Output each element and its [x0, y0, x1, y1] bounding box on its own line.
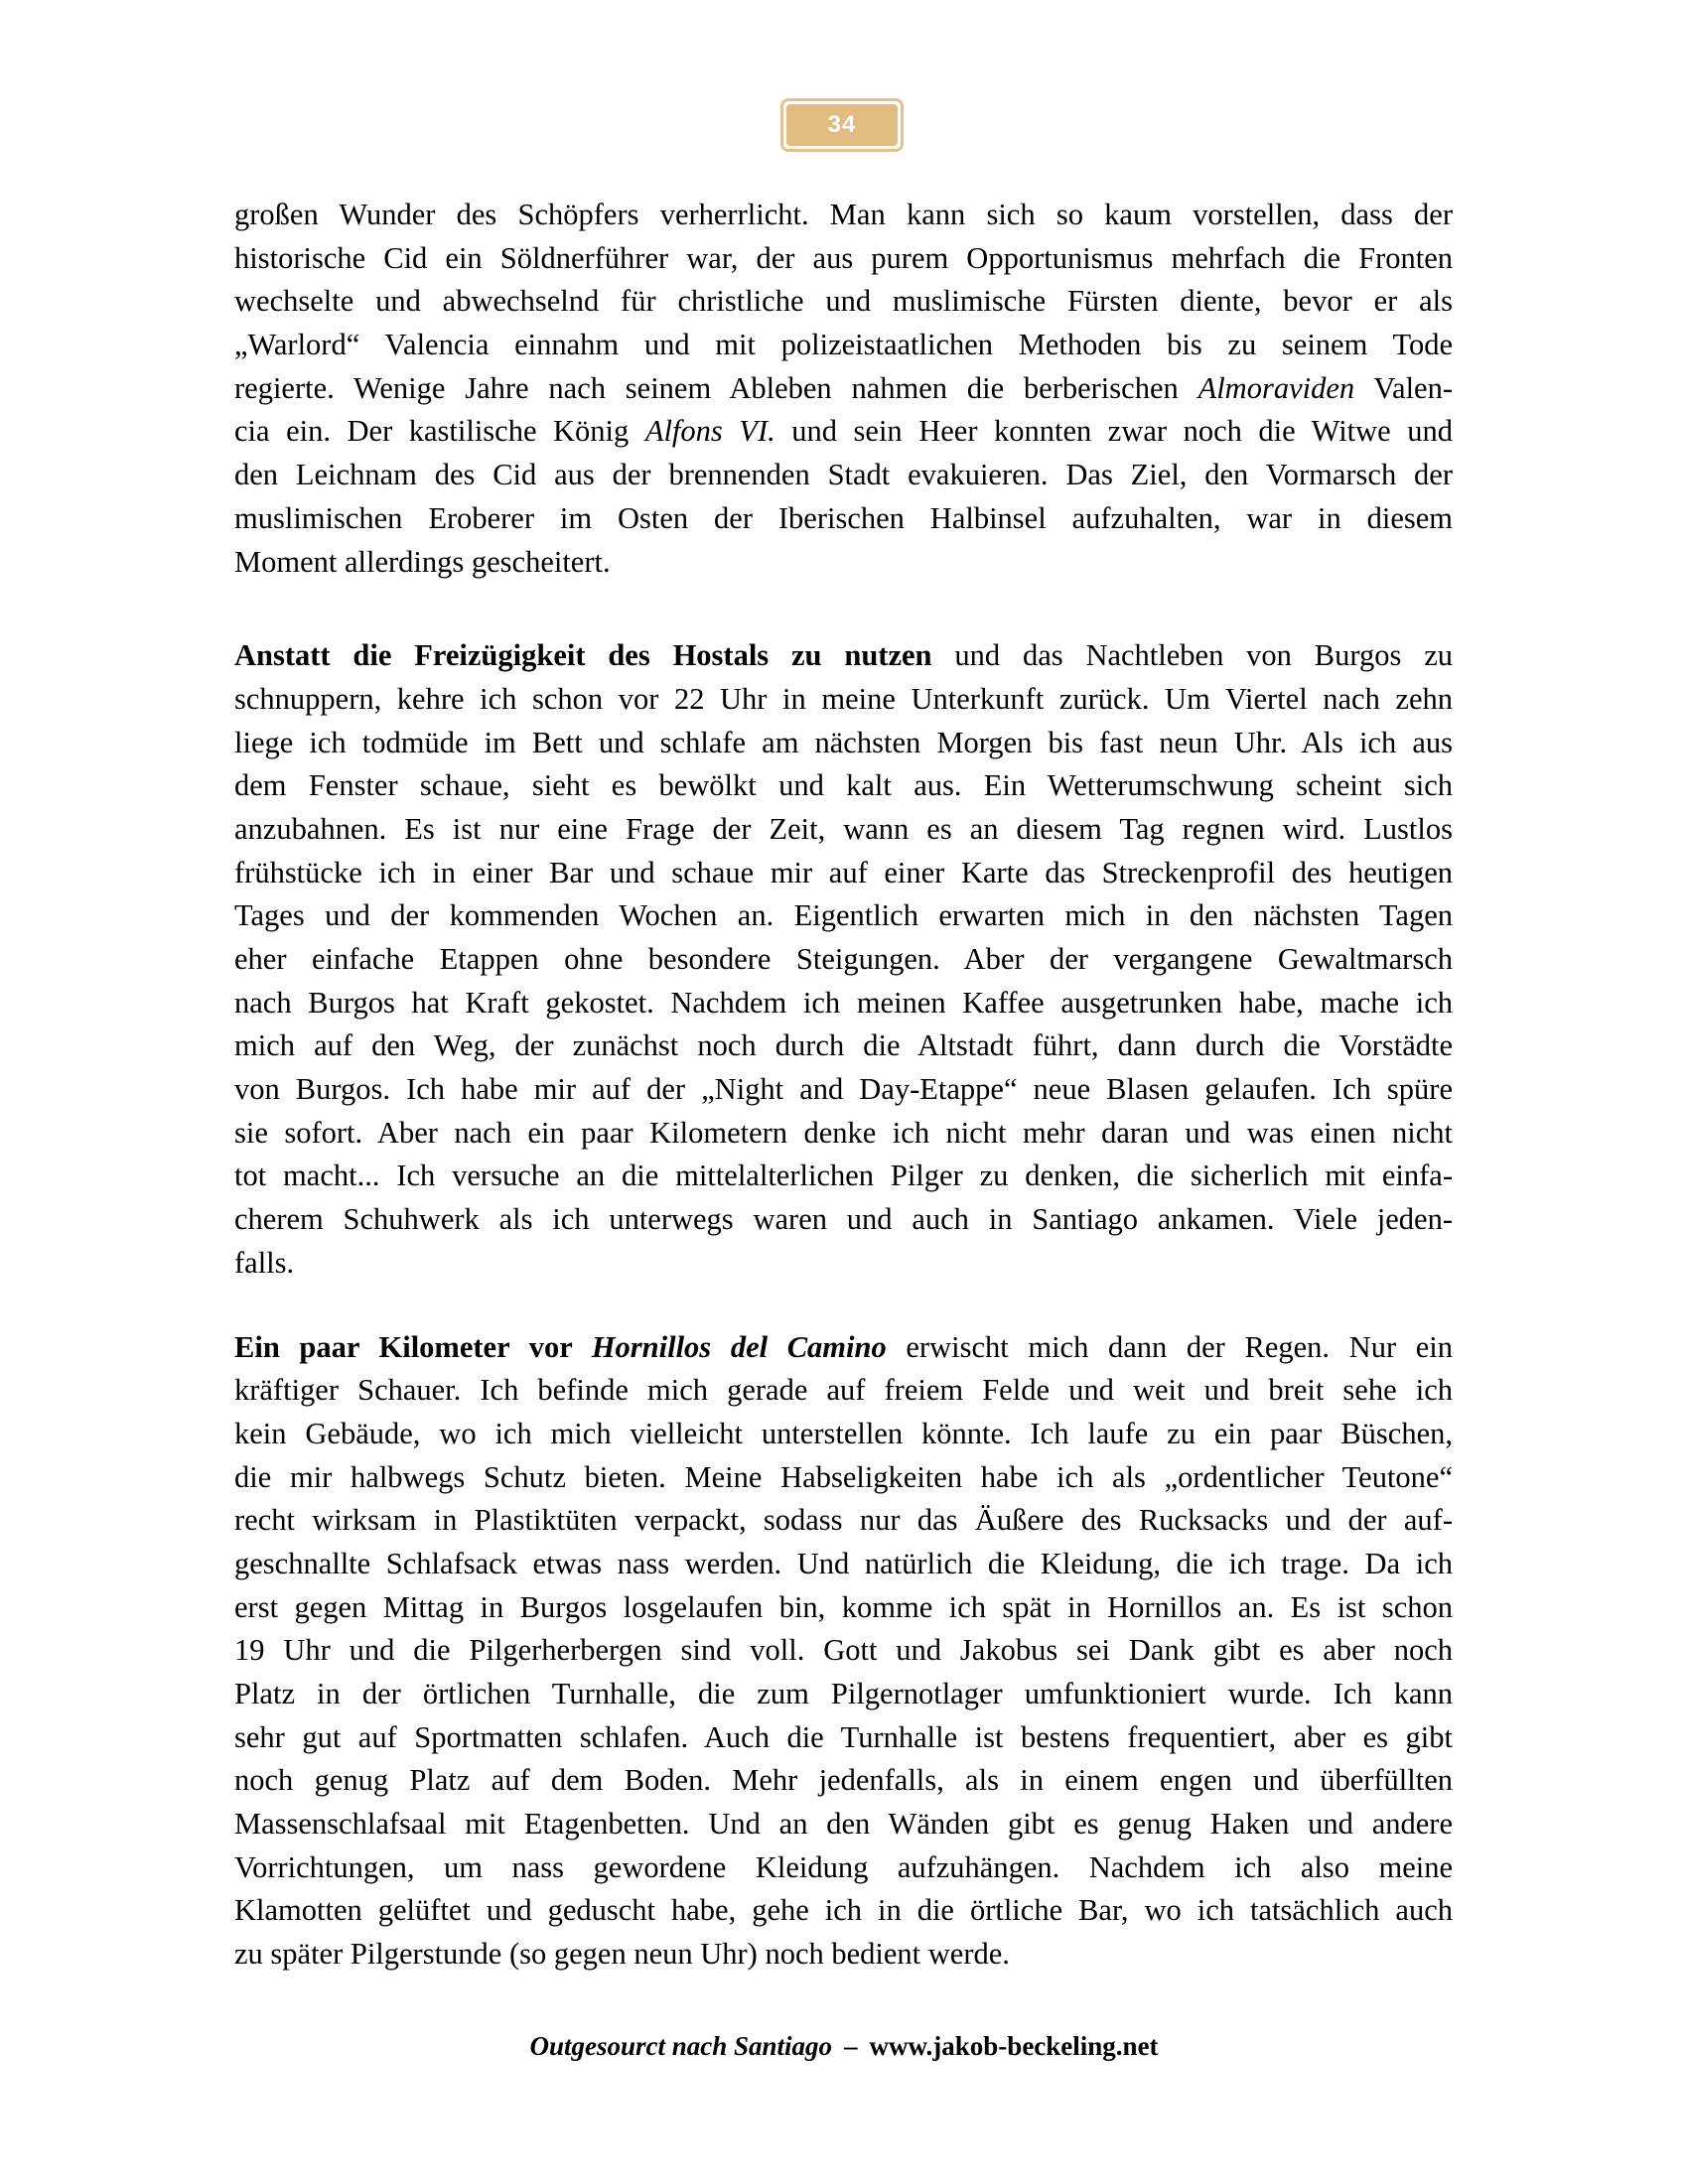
text-run: Moment allerdings gescheitert. — [234, 545, 611, 579]
footer-website-link[interactable]: www.jakob-beckeling.net — [870, 2031, 1159, 2061]
text-run: falls. — [234, 1246, 294, 1280]
text-line: schnuppern, kehre ich schon vor 22 Uhr i… — [234, 678, 1453, 722]
text-line: Massenschlafsaal mit Etagenbetten. Und a… — [234, 1803, 1453, 1846]
text-run: mich auf den Weg, der zunächst noch durc… — [234, 1028, 1453, 1062]
text-line: noch genug Platz auf dem Boden. Mehr jed… — [234, 1759, 1453, 1803]
text-run: erst gegen Mittag in Burgos losgelaufen … — [234, 1590, 1453, 1624]
text-run: 19 Uhr und die Pilgerherbergen sind voll… — [234, 1633, 1453, 1667]
bold-text: Hornillos del Camino — [592, 1330, 887, 1364]
italic-text: Almoraviden — [1198, 371, 1355, 405]
text-run: tot macht... Ich versuche an die mittela… — [234, 1159, 1453, 1192]
text-line: Moment allerdings gescheitert. — [234, 541, 1453, 585]
text-run: erwischt mich dann der Regen. Nur ein — [887, 1330, 1453, 1364]
text-line: kein Gebäude, wo ich mich vielleicht unt… — [234, 1413, 1453, 1456]
text-line: recht wirksam in Plastiktüten verpackt, … — [234, 1499, 1453, 1543]
bold-text: Ein paar Kilometer vor — [234, 1330, 592, 1364]
text-run: Massenschlafsaal mit Etagenbetten. Und a… — [234, 1807, 1453, 1841]
text-line: den Leichnam des Cid aus der brennenden … — [234, 454, 1453, 497]
italic-text: Alfons VI. — [645, 414, 775, 448]
text-run: Platz in der örtlichen Turnhalle, die zu… — [234, 1677, 1453, 1710]
text-run: recht wirksam in Plastiktüten verpackt, … — [234, 1503, 1453, 1537]
text-run: cherem Schuhwerk als ich unterwegs waren… — [234, 1202, 1453, 1236]
text-run: frühstücke ich in einer Bar und schaue m… — [234, 856, 1453, 889]
text-run: liege ich todmüde im Bett und schlafe am… — [234, 726, 1453, 759]
text-line: mich auf den Weg, der zunächst noch durc… — [234, 1024, 1453, 1068]
text-line: muslimischen Eroberer im Osten der Iberi… — [234, 497, 1453, 541]
text-run: von Burgos. Ich habe mir auf der „Night … — [234, 1072, 1453, 1106]
text-line: geschnallte Schlafsack etwas nass werden… — [234, 1543, 1453, 1586]
text-run: schnuppern, kehre ich schon vor 22 Uhr i… — [234, 682, 1453, 716]
text-run: dem Fenster schaue, sieht es bewölkt und… — [234, 768, 1453, 802]
text-run: Klamotten gelüftet und geduscht habe, ge… — [234, 1893, 1453, 1927]
text-run: Valen- — [1354, 371, 1453, 405]
text-line: Ein paar Kilometer vor Hornillos del Cam… — [234, 1326, 1453, 1370]
text-run: eher einfache Etappen ohne besondere Ste… — [234, 942, 1453, 976]
text-run: cia ein. Der kastilische König — [234, 414, 645, 448]
bold-text: Anstatt die Freizügigkeit des Hostals zu… — [234, 638, 931, 672]
body-text: großen Wunder des Schöpfers verherrlicht… — [234, 194, 1453, 1977]
text-line: anzubahnen. Es ist nur eine Frage der Ze… — [234, 808, 1453, 852]
footer-separator: – — [844, 2031, 858, 2061]
text-line: sehr gut auf Sportmatten schlafen. Auch … — [234, 1716, 1453, 1760]
text-run: historische Cid ein Söldnerführer war, d… — [234, 241, 1453, 275]
page-footer: Outgesourct nach Santiago–www.jakob-beck… — [0, 2031, 1688, 2062]
text-line: Vorrichtungen, um nass gewordene Kleidun… — [234, 1846, 1453, 1890]
text-line: Anstatt die Freizügigkeit des Hostals zu… — [234, 634, 1453, 678]
text-run: und das Nachtleben von Burgos zu — [931, 638, 1453, 672]
text-line: sie sofort. Aber nach ein paar Kilometer… — [234, 1112, 1453, 1156]
text-run: sehr gut auf Sportmatten schlafen. Auch … — [234, 1720, 1453, 1754]
text-line: cherem Schuhwerk als ich unterwegs waren… — [234, 1198, 1453, 1242]
text-line: erst gegen Mittag in Burgos losgelaufen … — [234, 1586, 1453, 1630]
text-line: liege ich todmüde im Bett und schlafe am… — [234, 722, 1453, 765]
text-run: den Leichnam des Cid aus der brennenden … — [234, 458, 1453, 491]
text-run: kräftiger Schauer. Ich befinde mich gera… — [234, 1373, 1453, 1407]
text-line: großen Wunder des Schöpfers verherrlicht… — [234, 194, 1453, 237]
paragraph-1: großen Wunder des Schöpfers verherrlicht… — [234, 194, 1453, 584]
text-run: zu später Pilgerstunde (so gegen neun Uh… — [234, 1937, 1010, 1971]
text-line: von Burgos. Ich habe mir auf der „Night … — [234, 1068, 1453, 1112]
text-line: Klamotten gelüftet und geduscht habe, ge… — [234, 1889, 1453, 1933]
footer-book-title: Outgesourct nach Santiago — [529, 2031, 832, 2061]
text-line: dem Fenster schaue, sieht es bewölkt und… — [234, 764, 1453, 808]
text-run: und sein Heer konnten zwar noch die Witw… — [775, 414, 1453, 448]
text-run: sie sofort. Aber nach ein paar Kilometer… — [234, 1116, 1453, 1150]
text-run: wechselte und abwechselnd für christlich… — [234, 284, 1453, 318]
page-number-badge: 34 — [780, 98, 904, 152]
text-line: falls. — [234, 1242, 1453, 1286]
text-line: historische Cid ein Söldnerführer war, d… — [234, 237, 1453, 281]
text-line: cia ein. Der kastilische König Alfons VI… — [234, 410, 1453, 454]
text-run: regierte. Wenige Jahre nach seinem Ableb… — [234, 371, 1198, 405]
text-line: wechselte und abwechselnd für christlich… — [234, 280, 1453, 324]
text-run: nach Burgos hat Kraft gekostet. Nachdem … — [234, 986, 1453, 1020]
text-line: kräftiger Schauer. Ich befinde mich gera… — [234, 1369, 1453, 1413]
text-run: Tages und der kommenden Wochen an. Eigen… — [234, 898, 1453, 932]
text-line: nach Burgos hat Kraft gekostet. Nachdem … — [234, 982, 1453, 1025]
text-line: regierte. Wenige Jahre nach seinem Ableb… — [234, 367, 1453, 411]
text-run: großen Wunder des Schöpfers verherrlicht… — [234, 198, 1453, 231]
text-run: kein Gebäude, wo ich mich vielleicht unt… — [234, 1417, 1453, 1450]
text-run: muslimischen Eroberer im Osten der Iberi… — [234, 501, 1453, 535]
text-line: eher einfache Etappen ohne besondere Ste… — [234, 938, 1453, 982]
page-number: 34 — [786, 104, 898, 146]
text-line: die mir halbwegs Schutz bieten. Meine Ha… — [234, 1456, 1453, 1500]
text-line: Tages und der kommenden Wochen an. Eigen… — [234, 894, 1453, 938]
paragraph-3: Ein paar Kilometer vor Hornillos del Cam… — [234, 1326, 1453, 1977]
text-run: anzubahnen. Es ist nur eine Frage der Ze… — [234, 812, 1453, 846]
text-run: geschnallte Schlafsack etwas nass werden… — [234, 1547, 1453, 1580]
text-line: 19 Uhr und die Pilgerherbergen sind voll… — [234, 1629, 1453, 1673]
text-run: Vorrichtungen, um nass gewordene Kleidun… — [234, 1850, 1453, 1884]
paragraph-2: Anstatt die Freizügigkeit des Hostals zu… — [234, 634, 1453, 1285]
text-line: „Warlord“ Valencia einnahm und mit poliz… — [234, 324, 1453, 367]
text-run: noch genug Platz auf dem Boden. Mehr jed… — [234, 1763, 1453, 1797]
text-line: frühstücke ich in einer Bar und schaue m… — [234, 852, 1453, 895]
text-run: „Warlord“ Valencia einnahm und mit poliz… — [234, 328, 1453, 361]
text-line: zu später Pilgerstunde (so gegen neun Uh… — [234, 1933, 1453, 1977]
text-line: tot macht... Ich versuche an die mittela… — [234, 1155, 1453, 1198]
text-line: Platz in der örtlichen Turnhalle, die zu… — [234, 1673, 1453, 1716]
text-run: die mir halbwegs Schutz bieten. Meine Ha… — [234, 1460, 1453, 1494]
